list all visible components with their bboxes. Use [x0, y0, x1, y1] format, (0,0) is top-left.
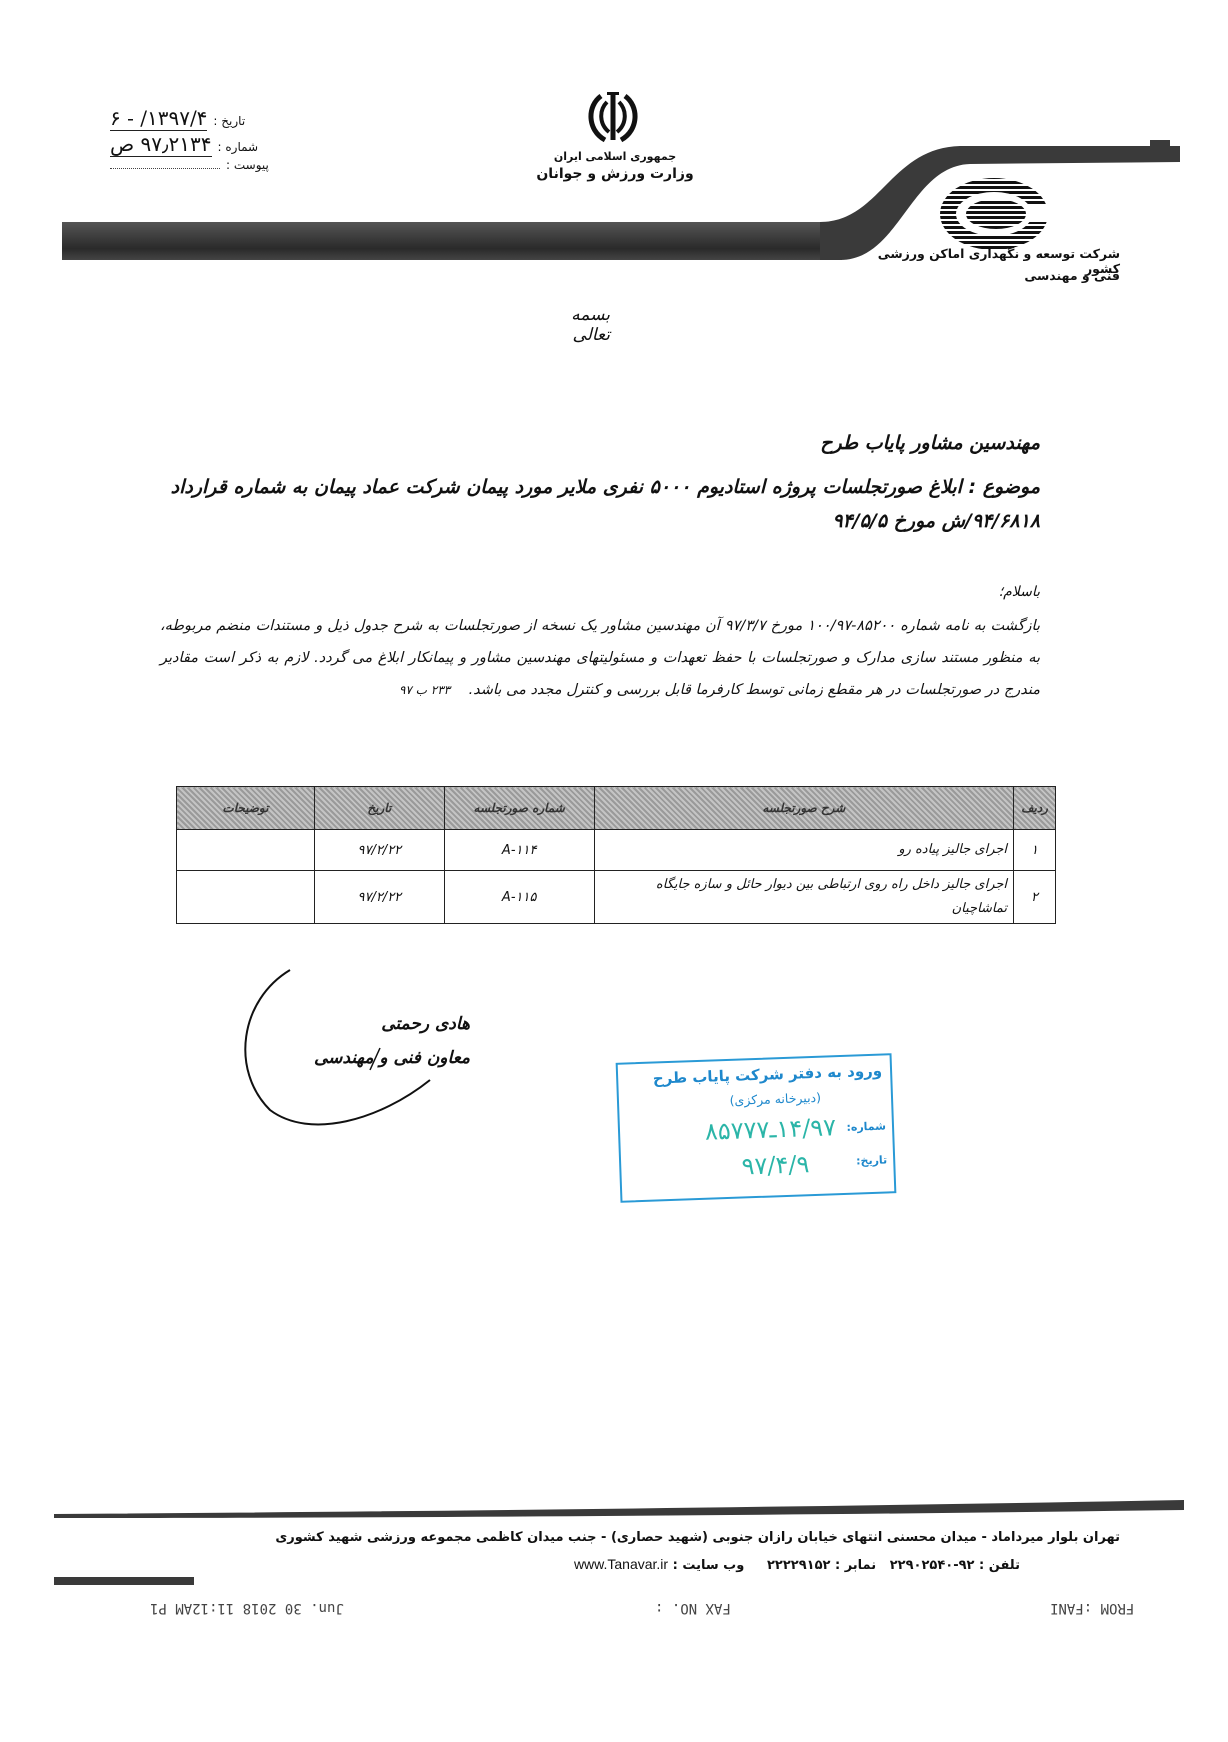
- meta-attachment: پیوست :: [110, 158, 320, 184]
- greeting: باسلام؛: [900, 584, 1040, 600]
- stamp-subtitle: (دبیرخانه مرکزی): [729, 1090, 821, 1108]
- stamp-date-label: تاریخ:: [856, 1153, 887, 1167]
- meta-date: تاریخ : ۱۳۹۷/۴/ - ۶: [110, 106, 320, 132]
- attachment-label: پیوست :: [226, 158, 269, 172]
- letter-meta: تاریخ : ۱۳۹۷/۴/ - ۶ شماره : ۹۷٫۲۱۳۴ ص پی…: [110, 106, 320, 184]
- minutes-table: ردیف شرح صورتجلسه شماره صورتجلسه تاریخ ت…: [176, 786, 1056, 924]
- received-stamp: ورود به دفتر شرکت پایاب طرح (دبیرخانه مر…: [616, 1053, 897, 1203]
- attachment-value: [110, 158, 220, 169]
- meta-number: شماره : ۹۷٫۲۱۳۴ ص: [110, 132, 320, 158]
- company-logo-icon: [938, 176, 1050, 252]
- stamp-date-value: ۹۷/۴/۹: [741, 1150, 810, 1180]
- cell-date: ۹۷/۲/۲۲: [314, 871, 444, 924]
- addressee: مهندسین مشاور پایاب طرح: [540, 432, 1040, 454]
- subject: موضوع : ابلاغ صورتجلسات پروژه استادیوم ۵…: [160, 470, 1040, 538]
- body-reference: ۲۳۳ ب ۹۷: [399, 683, 450, 697]
- invocation: بسمه تعالی: [540, 305, 610, 345]
- date-value: ۱۳۹۷/۴/ - ۶: [110, 106, 207, 131]
- cell-minutes-number: A-۱۱۵: [444, 871, 594, 924]
- number-value: ۹۷٫۲۱۳۴ ص: [110, 132, 212, 157]
- stamp-number-label: شماره:: [846, 1119, 886, 1133]
- cell-row-number: ۱: [1014, 830, 1056, 871]
- signatory-title: معاون فنی و مهندسی: [280, 1048, 470, 1068]
- ministry-name: وزارت ورزش و جوانان: [520, 166, 710, 182]
- header-band: [62, 222, 842, 260]
- header-description: شرح صورتجلسه: [594, 787, 1013, 830]
- fax-timestamp: Jun. 30 2018 11:12AM P1: [150, 1600, 344, 1616]
- header-notes: توضیحات: [177, 787, 315, 830]
- stamp-number-value: ۱۴/۹۷ـ۸۵۷۷۷: [704, 1113, 836, 1146]
- signatory-name: هادی رحمتی: [300, 1014, 470, 1034]
- letter-body: بازگشت به نامه شماره ۸۵۲۰۰-۱۰۰/۹۷ مورخ ۹…: [160, 610, 1040, 706]
- cell-notes: [177, 871, 315, 924]
- cell-date: ۹۷/۲/۲۲: [314, 830, 444, 871]
- cell-description: اجرای جالیز داخل راه روی ارتباطی بین دیو…: [594, 871, 1013, 924]
- header-minutes-number: شماره صورتجلسه: [444, 787, 594, 830]
- cell-row-number: ۲: [1014, 871, 1056, 924]
- signature-stroke-icon: [230, 960, 480, 1130]
- header-row-number: ردیف: [1014, 787, 1056, 830]
- footer-phone: تلفن : ۹۲-۲۲۹۰۲۵۴۰: [890, 1558, 1020, 1573]
- fax-from: FROM :FANI: [1050, 1600, 1134, 1616]
- footer-band: [54, 1500, 1184, 1518]
- footer-fax: نمابر : ۲۲۲۲۹۱۵۲: [767, 1558, 876, 1573]
- footer-website-link[interactable]: www.Tanavar.ir: [574, 1556, 668, 1572]
- table-row: ۱ اجرای جالیز پیاده رو A-۱۱۴ ۹۷/۲/۲۲: [177, 830, 1056, 871]
- iran-emblem-icon: [583, 88, 643, 146]
- body-text: بازگشت به نامه شماره ۸۵۲۰۰-۱۰۰/۹۷ مورخ ۹…: [160, 618, 1040, 698]
- fax-number: FAX NO. :: [655, 1600, 731, 1616]
- cell-description: اجرای جالیز پیاده رو: [594, 830, 1013, 871]
- company-department: فنی و مهندسی: [860, 268, 1120, 283]
- table-row: ۲ اجرای جالیز داخل راه روی ارتباطی بین د…: [177, 871, 1056, 924]
- footer-band-left: [54, 1577, 194, 1585]
- number-label: شماره :: [218, 140, 259, 154]
- table-header-row: ردیف شرح صورتجلسه شماره صورتجلسه تاریخ ت…: [177, 787, 1056, 830]
- footer-contact: تلفن : ۹۲-۲۲۹۰۲۵۴۰ نمابر : ۲۲۲۲۹۱۵۲ وب س…: [430, 1556, 1020, 1573]
- government-name: جمهوری اسلامی ایران: [540, 150, 690, 163]
- date-label: تاریخ :: [213, 114, 245, 128]
- stamp-title: ورود به دفتر شرکت پایاب طرح: [653, 1062, 883, 1088]
- header-band-end: [1150, 140, 1170, 152]
- footer-website-label: وب سایت :: [673, 1558, 745, 1573]
- header-date: تاریخ: [314, 787, 444, 830]
- cell-minutes-number: A-۱۱۴: [444, 830, 594, 871]
- footer-address: تهران بلوار میرداماد - میدان محسنی انتها…: [200, 1530, 1120, 1545]
- cell-notes: [177, 830, 315, 871]
